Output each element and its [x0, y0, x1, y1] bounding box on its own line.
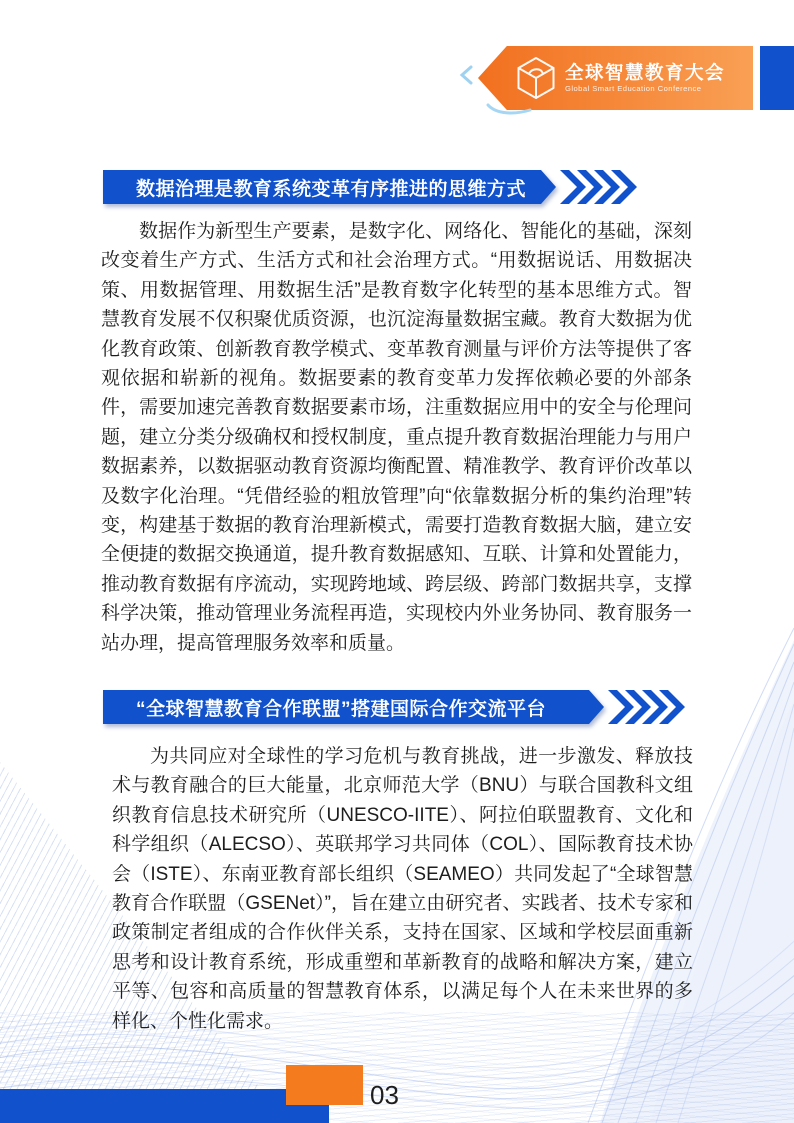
section-heading-1-label: 数据治理是教育系统变革有序推进的思维方式	[136, 174, 526, 201]
section-heading-2: “全球智慧教育合作联盟”搭建国际合作交流平台	[103, 690, 604, 724]
footer-blue-bar	[0, 1089, 329, 1123]
chevron-arrows-icon	[608, 690, 688, 724]
page-number: 03	[370, 1080, 399, 1111]
section-body-1: 数据作为新型生产要素，是数字化、网络化、智能化的基础，深刻改变着生产方式、生活方…	[101, 217, 692, 658]
header-blue-tab	[760, 46, 794, 110]
section-heading-1: 数据治理是教育系统变革有序推进的思维方式	[103, 170, 556, 204]
footer-orange-block	[286, 1065, 363, 1105]
conference-logo-icon	[516, 56, 556, 100]
light-swoosh-icon	[486, 103, 532, 117]
page: { "header": { "logo_title": "全球智慧教育大会", …	[0, 0, 794, 1123]
banner-subtitle: Global Smart Education Conference	[565, 85, 725, 93]
conference-banner: 全球智慧教育大会 Global Smart Education Conferen…	[478, 46, 753, 110]
light-chevron-icon	[457, 64, 475, 86]
chevron-arrows-icon	[560, 170, 640, 204]
banner-title: 全球智慧教育大会	[565, 63, 725, 82]
section-body-2: 为共同应对全球性的学习危机与教育挑战，进一步激发、释放技术与教育融合的巨大能量，…	[112, 742, 693, 1036]
section-heading-2-label: “全球智慧教育合作联盟”搭建国际合作交流平台	[136, 694, 546, 721]
